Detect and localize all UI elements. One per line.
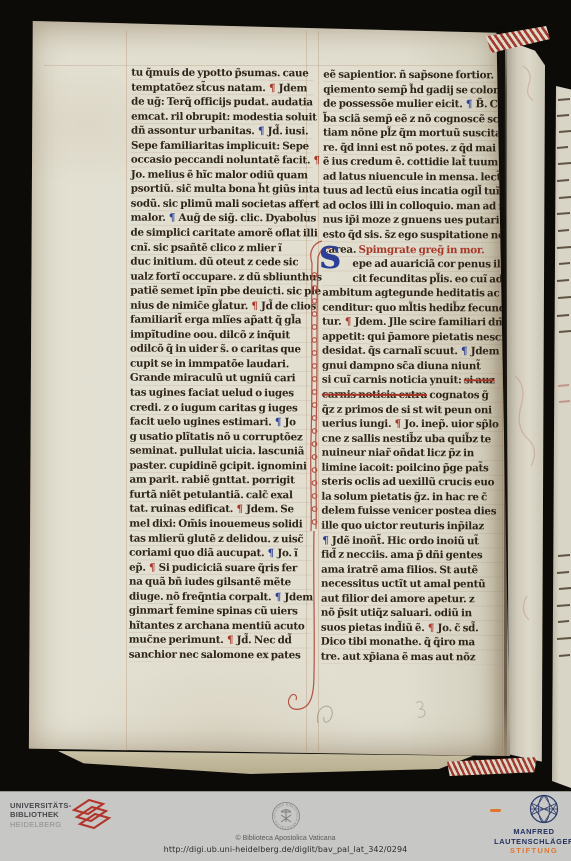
paragraph-mark: ¶ — [428, 622, 434, 634]
manuscript-line: nõ p̃sit utiq̃z saluari. odiũ in — [321, 606, 503, 621]
manuscript-line: nus ip̃i moze z gnuens ues putari. — [323, 213, 505, 228]
opposite-page-text-marks — [551, 86, 571, 788]
manuscript-line: ama iratrẽ ama filios. St autẽ — [321, 562, 503, 577]
paragraph-mark: ¶ — [258, 125, 264, 137]
manuscript-line: qiemento semp̃ h̃d gadij se coloniũ — [323, 82, 505, 97]
paragraph-mark: ¶ — [269, 82, 275, 94]
manuscript-line: steris oclis ad uexillũ crucis euo — [321, 475, 503, 490]
footer-bar: UNIVERSITÄTS- BIBLIOTHEK HEIDELBERG BIBL… — [0, 791, 571, 861]
manuscript-line: epe ad auariciã cor penus illi — [322, 257, 504, 272]
manuscript-line: gnui dampno sc̃a diuna niunt̃ — [322, 359, 504, 374]
illuminated-initial: S — [319, 244, 341, 274]
manuscript-line: si cuĩ carnis noticia ynuit: si auz — [322, 373, 504, 388]
stiftung-line3: STIFTUNG — [493, 846, 571, 856]
manuscript-line: ille quo uictor reuturis inp̃ilaz — [321, 519, 503, 534]
manuscript-line: Dico tibi monathe. q̃ q̃iro ma — [321, 635, 503, 650]
manuscript-line: ¶ Jdẽ inoñt̃. Hic ordo inoiũ ut̃ — [321, 533, 503, 548]
manuscript-line: nuineur niar̃ oñdat licz p̃z in — [322, 446, 504, 461]
paragraph-mark: ¶ — [169, 212, 175, 224]
paragraph-mark: ¶ — [314, 155, 320, 167]
paragraph-mark: ¶ — [268, 547, 274, 559]
manuscript-line: ambitum agtegunde heditatis ac — [322, 286, 504, 301]
paragraph-mark: ¶ — [345, 316, 351, 328]
manuscript-line: limine iacoit: poilcino p̃ge pat̃s — [322, 460, 504, 475]
manuscript-line: tur. ¶ Jdem. Jlle scire familiari dm̃ — [322, 315, 504, 330]
manuscript-line: ẽ ius credum ẽ. cottidie lat̃ tuum — [323, 155, 505, 170]
paragraph-mark: ¶ — [251, 300, 257, 312]
paragraph-mark: ¶ — [227, 634, 233, 646]
manuscript-line: dñ assontur urbanitas. ¶ Jd̃. iusi. — [131, 124, 313, 139]
manuscript-line: carea. Spimgrate greg̃ in mor. — [322, 242, 504, 257]
manuscript-line: de ug̃: Terq̃ officijs pudat. audatia — [131, 95, 313, 110]
source-url: http://digi.ub.uni-heidelberg.de/diglit/… — [0, 845, 571, 854]
showthrough-flourish — [505, 36, 545, 769]
paragraph-mark: ¶ — [275, 591, 281, 603]
manuscript-line: ad latus niuencule in mensa. lect̃ — [323, 169, 505, 184]
manuscript-line: emcat. ril obrupit: modestia soluit — [131, 109, 313, 124]
paragraph-mark: ¶ — [461, 346, 467, 358]
manuscript-page: tu q̃muis de ypotto p̃sumas. cauetemptat… — [26, 21, 510, 759]
manuscript-line: fid̃ z necciis. ama p̃ dñi gentes — [321, 548, 503, 563]
manuscript-line: Sepe familiaritas implicuit: Sepe — [131, 138, 313, 153]
stiftung-line2: LAUTENSCHLÄGER — [493, 837, 571, 847]
manuscript-line: ad oclos illi in colloquio. man ad ma — [323, 199, 505, 214]
opposite-page-edge — [551, 86, 571, 788]
manuscript-line: temptatõez st̃cus natam. ¶ Jdem — [131, 80, 313, 95]
gutter-crease — [504, 34, 507, 760]
paragraph-mark: ¶ — [236, 503, 242, 515]
vatican-seal-icon: BIBLIOTECA APOSTOLICA VATICANA — [270, 800, 302, 832]
scan-viewport: tu q̃muis de ypotto p̃sumas. cauetemptat… — [0, 0, 571, 861]
manuscript-line: occasio peccandi noluntatẽ facit. ¶ — [131, 153, 313, 168]
vatican-credit: BIBLIOTECA APOSTOLICA VATICANA © Bibliot… — [0, 800, 571, 854]
lautenschlaeger-logo: MANFRED LAUTENSCHLÄGER STIFTUNG — [493, 794, 571, 856]
manuscript-line: cit fecunditas pl̃is. eo cuĩ ad — [322, 271, 504, 286]
manuscript-line: cenditur: quo ml̃tis hedib̃z fecunda — [322, 300, 504, 315]
manuscript-line: cne z sallis nestib̃z uba quib̃z te — [322, 431, 504, 446]
manuscript-line: delem fuisse venicer postea dies — [321, 504, 503, 519]
paragraph-mark: ¶ — [395, 418, 401, 430]
manuscript-line: tuus ad lectũ eius incatia ogil̃ tuĩ — [323, 184, 505, 199]
globe-icon — [528, 794, 560, 826]
manuscript-line: uerius iungi. ¶ Jo. inep̃. uior sp̃lo — [322, 417, 504, 432]
manuscript-line: Jo. melius ẽ hĩc malor odiũ quam — [131, 167, 313, 182]
pen-flourish — [284, 229, 330, 734]
stiftung-line1: MANFRED — [493, 827, 571, 837]
vatican-copyright: © Biblioteca Apostolica Vaticana — [0, 835, 571, 842]
manuscript-line: de possessõe mulier eicit. ¶ B̃. Cñ — [323, 97, 505, 112]
manuscript-line: carnis noticia extra cognatos g̃ — [322, 388, 504, 403]
manuscript-line: re. q̃d inni est nõ potes. z q̃d mai — [323, 140, 505, 155]
manuscript-line: psortiũ. sic̃ multa bona h̃t giũs inta — [131, 182, 313, 197]
manuscript-line: tre. aut xp̃iana ẽ mas aut nõz — [321, 649, 503, 664]
manuscript-line: la solum pietatis g̃z. in hac re c̃ — [321, 489, 503, 504]
manuscript-line: tiam nõne pl̃z q̃m mortuũ suscita — [323, 126, 505, 141]
ruling-line — [126, 31, 127, 751]
manuscript-line: desidat. q̃s carnalĩ scuut. ¶ Jdem — [322, 344, 504, 359]
manuscript-line: eẽ sapientior. ñ sap̃sone fortior. — [323, 68, 505, 83]
manuscript-line: suos pietas ind̃iũ ẽ. ¶ Jo. c̃ sd̃. — [321, 620, 503, 635]
manuscript-line: aut filior dei amore apetur. z — [321, 591, 503, 606]
paragraph-mark: ¶ — [149, 561, 155, 573]
manuscript-line: sodũ. sic plimũ mali societas affert — [131, 197, 313, 212]
manuscript-line: q̃z z primos de si st wit peun oni — [322, 402, 504, 417]
manuscript-line: necessitus uctĩt ut amal pentũ — [321, 577, 503, 592]
book-photo: tu q̃muis de ypotto p̃sumas. cauetemptat… — [0, 0, 571, 791]
gutter-facing-page — [505, 36, 545, 769]
paragraph-mark: ¶ — [466, 98, 472, 110]
manuscript-line: appetit: qui p̃amore pietatis nescire — [322, 329, 504, 344]
manuscript-line: malor. ¶ Aug̃ de sig̃. clic. Dyabolus — [131, 211, 313, 226]
text-column-right: eẽ sapientior. ñ sap̃sone fortior.qiemen… — [321, 68, 506, 665]
paragraph-mark: ¶ — [275, 416, 281, 428]
manuscript-line: tu q̃muis de ypotto p̃sumas. caue — [131, 66, 313, 81]
manuscript-line: b̃a sciã semp̃ eẽ z nõ cognoscẽ sci — [323, 111, 505, 126]
manuscript-line: esto q̃d sis. s̃z ego suspitatione nõ — [323, 228, 505, 243]
